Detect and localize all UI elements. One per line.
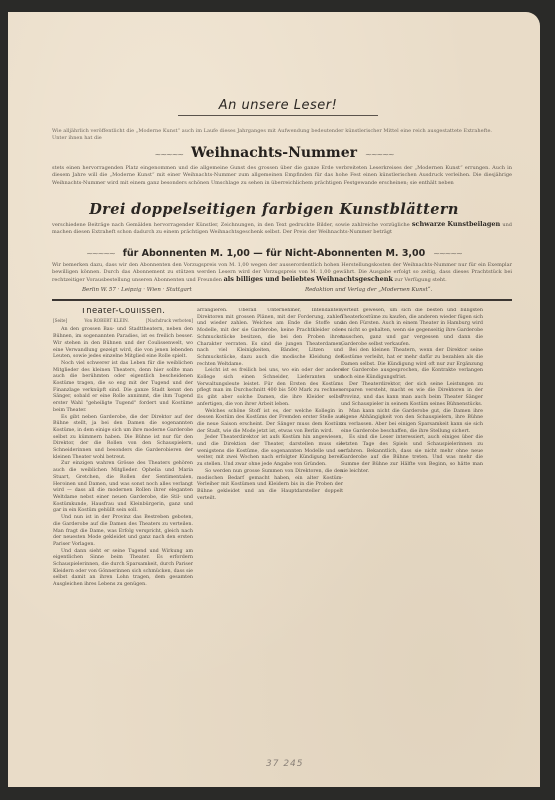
- byline-right: [Nachdruck verboten]: [146, 318, 193, 325]
- flourish-right-icon: ~~~~~: [365, 150, 394, 159]
- paragraph: An den grossen Bau- und Stadttheatern, n…: [53, 327, 193, 361]
- byline-author: Von ROBERT KLEIN.: [84, 318, 128, 325]
- paragraph: Es sind die Leser interessiert, auch ein…: [341, 435, 483, 475]
- intro-paragraph: Wie alljährlich veröffentlicht die „Mode…: [52, 128, 492, 141]
- paragraph: verteilt gewesen, um sich die besten und…: [341, 308, 483, 348]
- section-divider: [52, 299, 512, 301]
- publisher-signature: Redaktion und Verlag der „Modernen Kunst…: [305, 287, 432, 293]
- paragraph-2-bold-2: Kunstbeilagen: [447, 220, 500, 228]
- article-column-2: arrangieren. Überall Unternehmer, Intend…: [197, 308, 343, 714]
- paragraph: So werden nun grosse Summen von Direktor…: [197, 469, 343, 503]
- paragraph-3-bold-2: Weihnachtsgeschenk: [316, 275, 393, 283]
- paragraph-2: verschiedene Beiträge nach Gemälden herv…: [52, 221, 512, 236]
- price-line: ~~~~~für Abonnenten M. 1,00 — für Nicht-…: [8, 248, 540, 259]
- archive-number: 37 245: [266, 759, 304, 769]
- paragraph: Welches schöne Stoff ist es, der welche …: [197, 409, 343, 436]
- paragraph: Der Theaterdirektor, der sich seine Leis…: [341, 382, 483, 409]
- paragraph: arrangieren. Überall Unternehmer, Intend…: [197, 308, 343, 368]
- flourish-left-icon: ~~~~~: [154, 150, 183, 159]
- paragraph: Jeder Theaterdirektor ist aufs Kostüm hi…: [197, 435, 343, 469]
- article-column-1: Theater-Coulissen. [Seite] Von ROBERT KL…: [53, 308, 193, 714]
- article-byline: [Seite] Von ROBERT KLEIN. [Nachdruck ver…: [53, 318, 193, 325]
- headline-weihnachts-nummer: ~~~~~Weihnachts-Nummer~~~~~: [8, 145, 540, 161]
- paragraph: Noch viel schwerer ist das Leben für die…: [53, 361, 193, 415]
- flourish-left-icon: ~~~~~: [86, 249, 115, 258]
- byline-left: [Seite]: [53, 318, 67, 325]
- announcement-title-block: An unsere Leser!: [178, 98, 378, 116]
- title-underline: [178, 115, 378, 116]
- publisher-locations: Berlin W. 57 · Leipzig · Wien · Stuttgar…: [82, 287, 192, 293]
- headline-kunstblaettern: Drei doppelseitigen farbigen Kunstblätte…: [8, 201, 540, 218]
- paragraph-1: stets einen hervorragenden Platz eingeno…: [52, 165, 512, 187]
- paragraph: Zur einzigen wahren Grösse des Theaters …: [53, 461, 193, 515]
- paragraph-2-bold-1: schwarze: [412, 220, 445, 228]
- paragraph-2-pre: verschiedene Beiträge nach Gemälden herv…: [52, 222, 410, 228]
- price-line-text: für Abonnenten M. 1,00 — für Nicht-Abonn…: [123, 248, 426, 259]
- paragraph-3-post: zur Verfügung steht.: [395, 277, 447, 283]
- paragraph: Und nun ist in der Provinz das Bestreben…: [53, 515, 193, 549]
- paragraph-3-bold-1: als billiges und beliebtes: [224, 275, 315, 283]
- flourish-right-icon: ~~~~~: [433, 249, 462, 258]
- article-column-3: verteilt gewesen, um sich die besten und…: [341, 308, 483, 714]
- headline-1-text: Weihnachts-Nummer: [191, 145, 357, 161]
- paragraph: Es gibt neben Garderobe, die der Direkto…: [53, 415, 193, 462]
- paragraph: Bei den kleinen Theatern, wenn der Direk…: [341, 348, 483, 382]
- announcement-title: An unsere Leser!: [178, 98, 378, 113]
- paragraph: Leicht ist es freilich bei uns, wo ein o…: [197, 368, 343, 408]
- paragraph-3: Wir bemerken dazu, dass wir den Abonnent…: [52, 262, 512, 285]
- newspaper-page: An unsere Leser! Wie alljährlich veröffe…: [8, 12, 540, 787]
- article-title: Theater-Coulissen.: [53, 308, 193, 315]
- paragraph: Und dann sieht er seine Tugend und Wirku…: [53, 549, 193, 589]
- paragraph: Man kann nicht die Garderobe gut, die Da…: [341, 409, 483, 436]
